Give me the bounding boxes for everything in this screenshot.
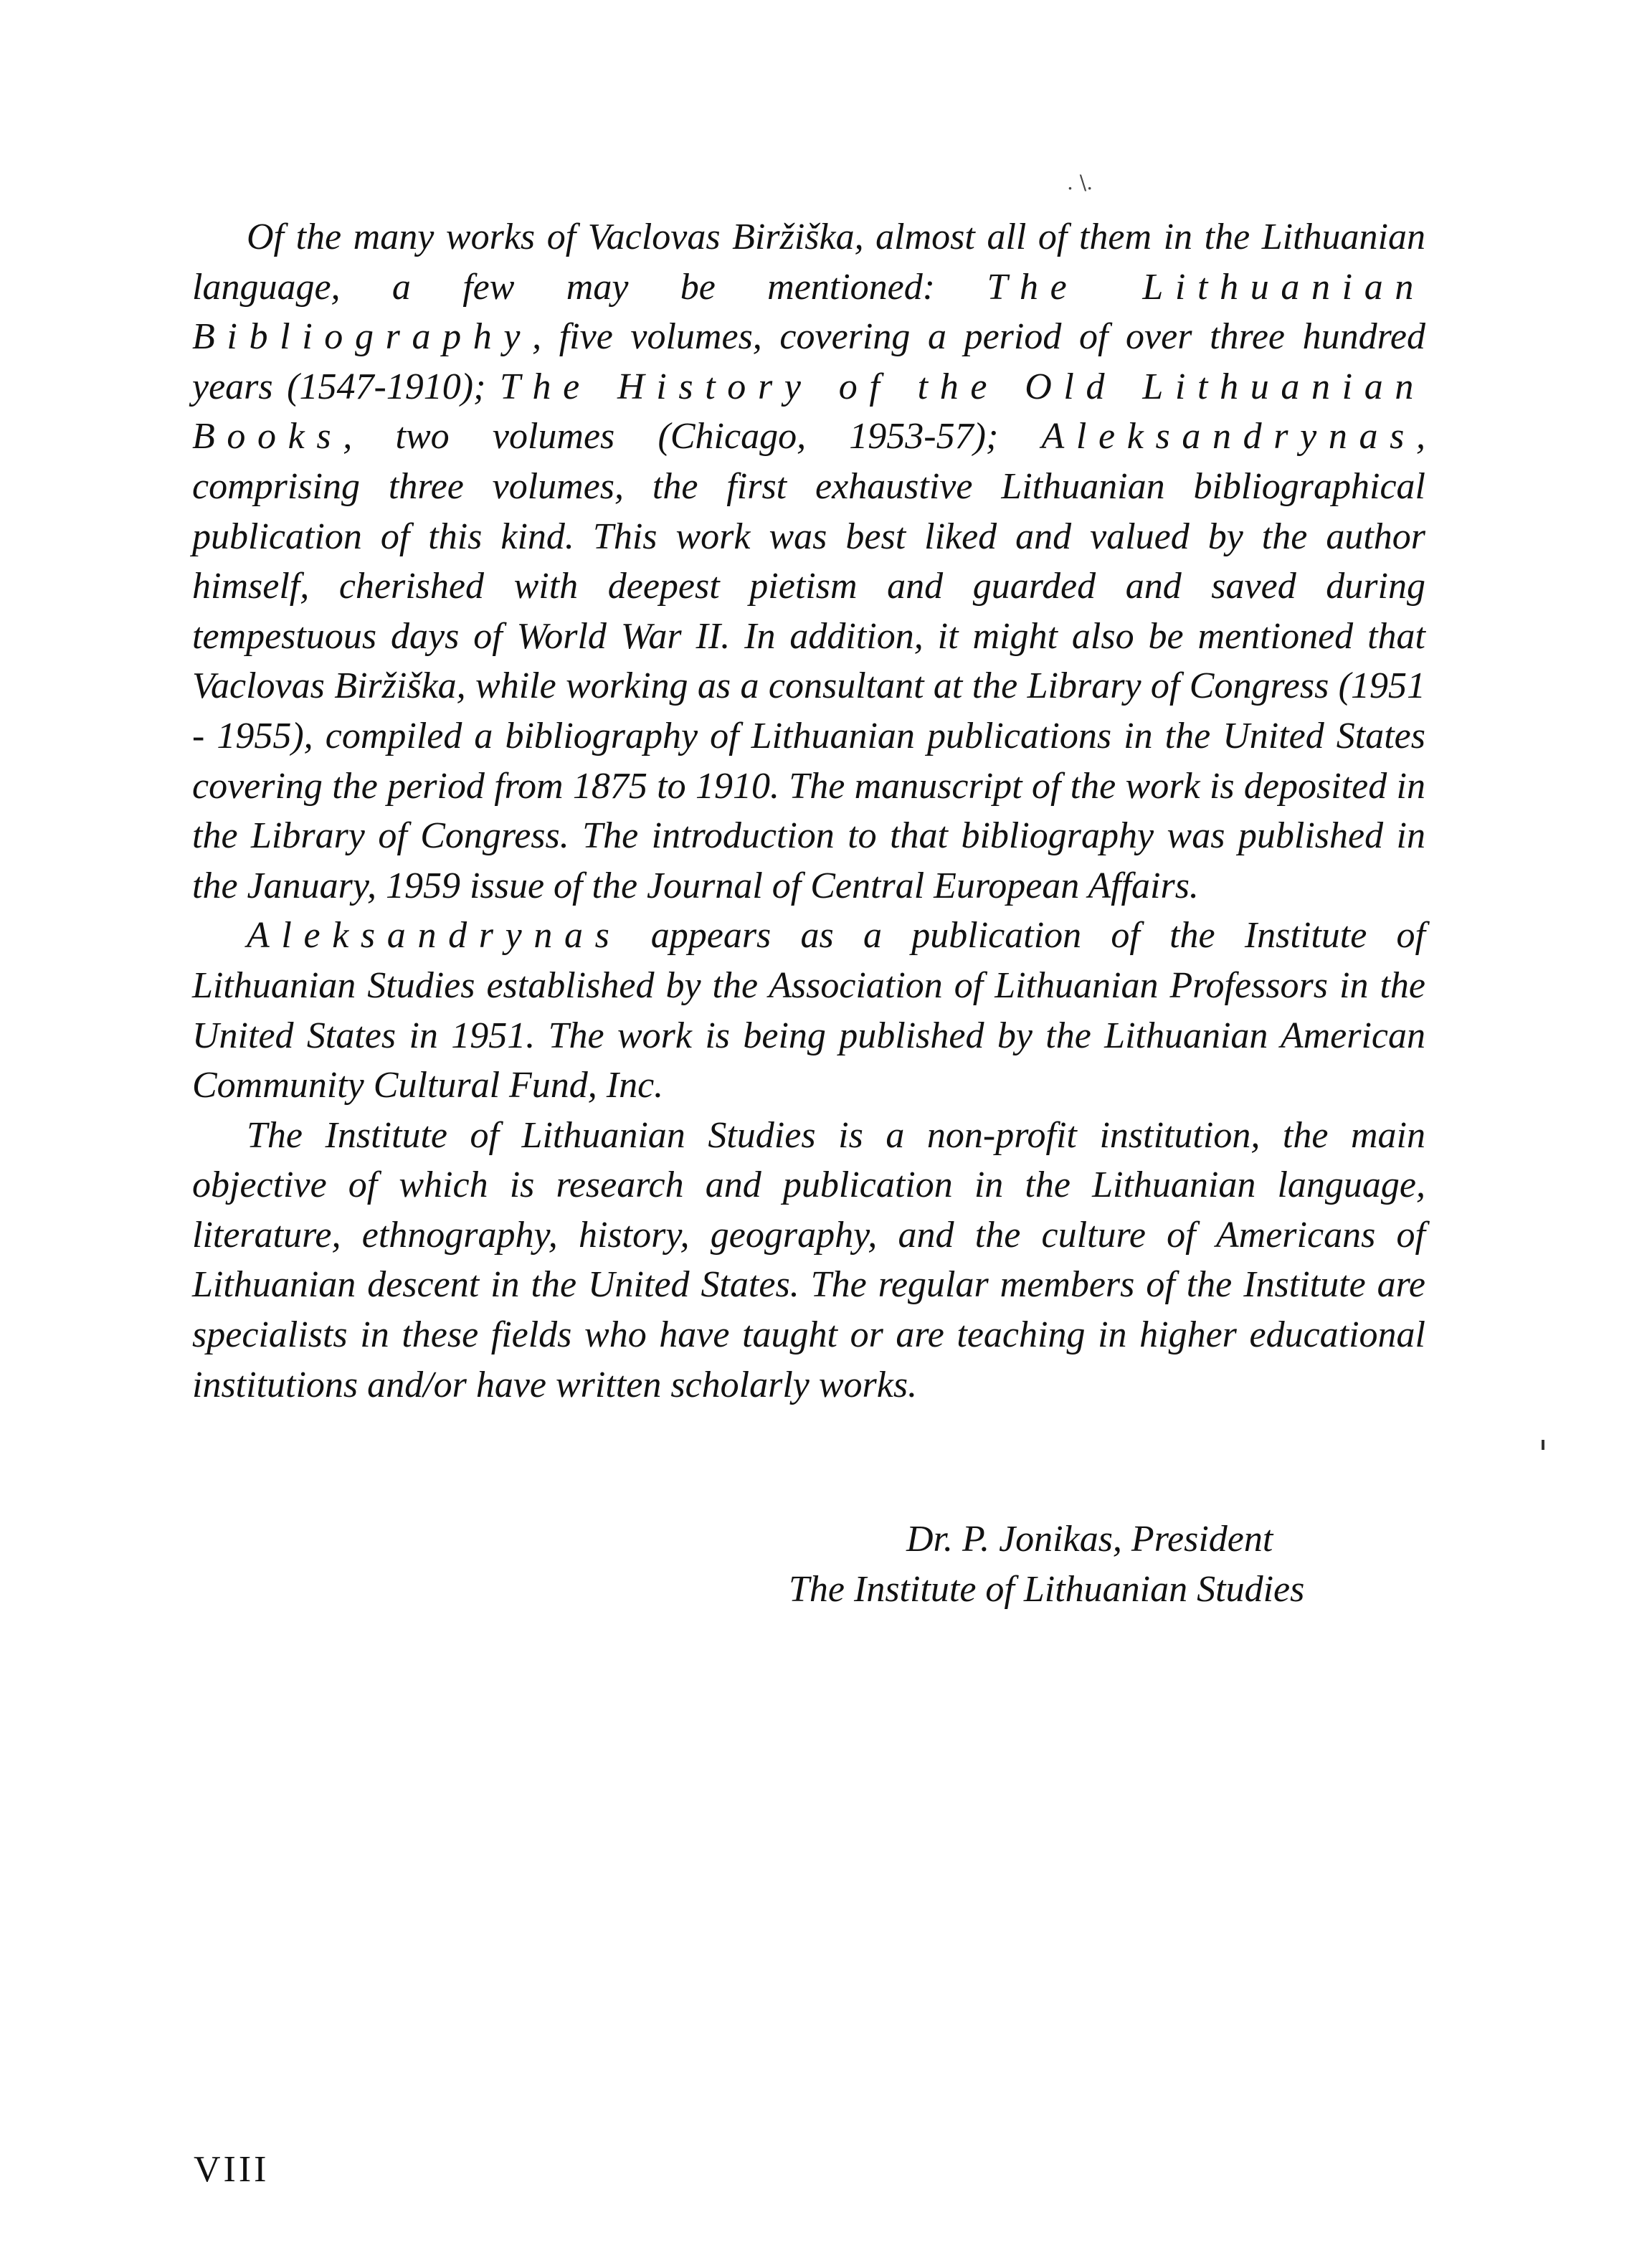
body-text: Of the many works of Vaclovas Biržiška, … [192,212,1425,1410]
paragraph-3: The Institute of Lithuanian Studies is a… [192,1111,1425,1410]
text-segment: , two volumes (Chicago, 1953-57); [343,416,1041,457]
stray-mark [1542,1440,1544,1450]
top-mark: . \. [1067,171,1093,194]
book-title-aleksandrynas: Aleksandrynas [1042,416,1416,457]
page-number: VIII [194,2148,270,2191]
signature-organization: The Institute of Lithuanian Studies [789,1565,1304,1615]
text-segment: The Institute of Lithuanian Studies is a… [192,1115,1425,1405]
document-page: . \. Of the many works of Vaclovas Birži… [0,0,1652,2263]
text-segment: , comprising three volumes, the first ex… [192,416,1425,906]
signature-name: Dr. P. Jonikas, President [789,1514,1304,1565]
signature-block: Dr. P. Jonikas, President The Institute … [789,1514,1304,1615]
book-title-aleksandrynas: Aleksandrynas [247,915,621,956]
paragraph-2: Aleksandrynas appears as a publication o… [192,911,1425,1110]
paragraph-1: Of the many works of Vaclovas Biržiška, … [192,212,1425,911]
